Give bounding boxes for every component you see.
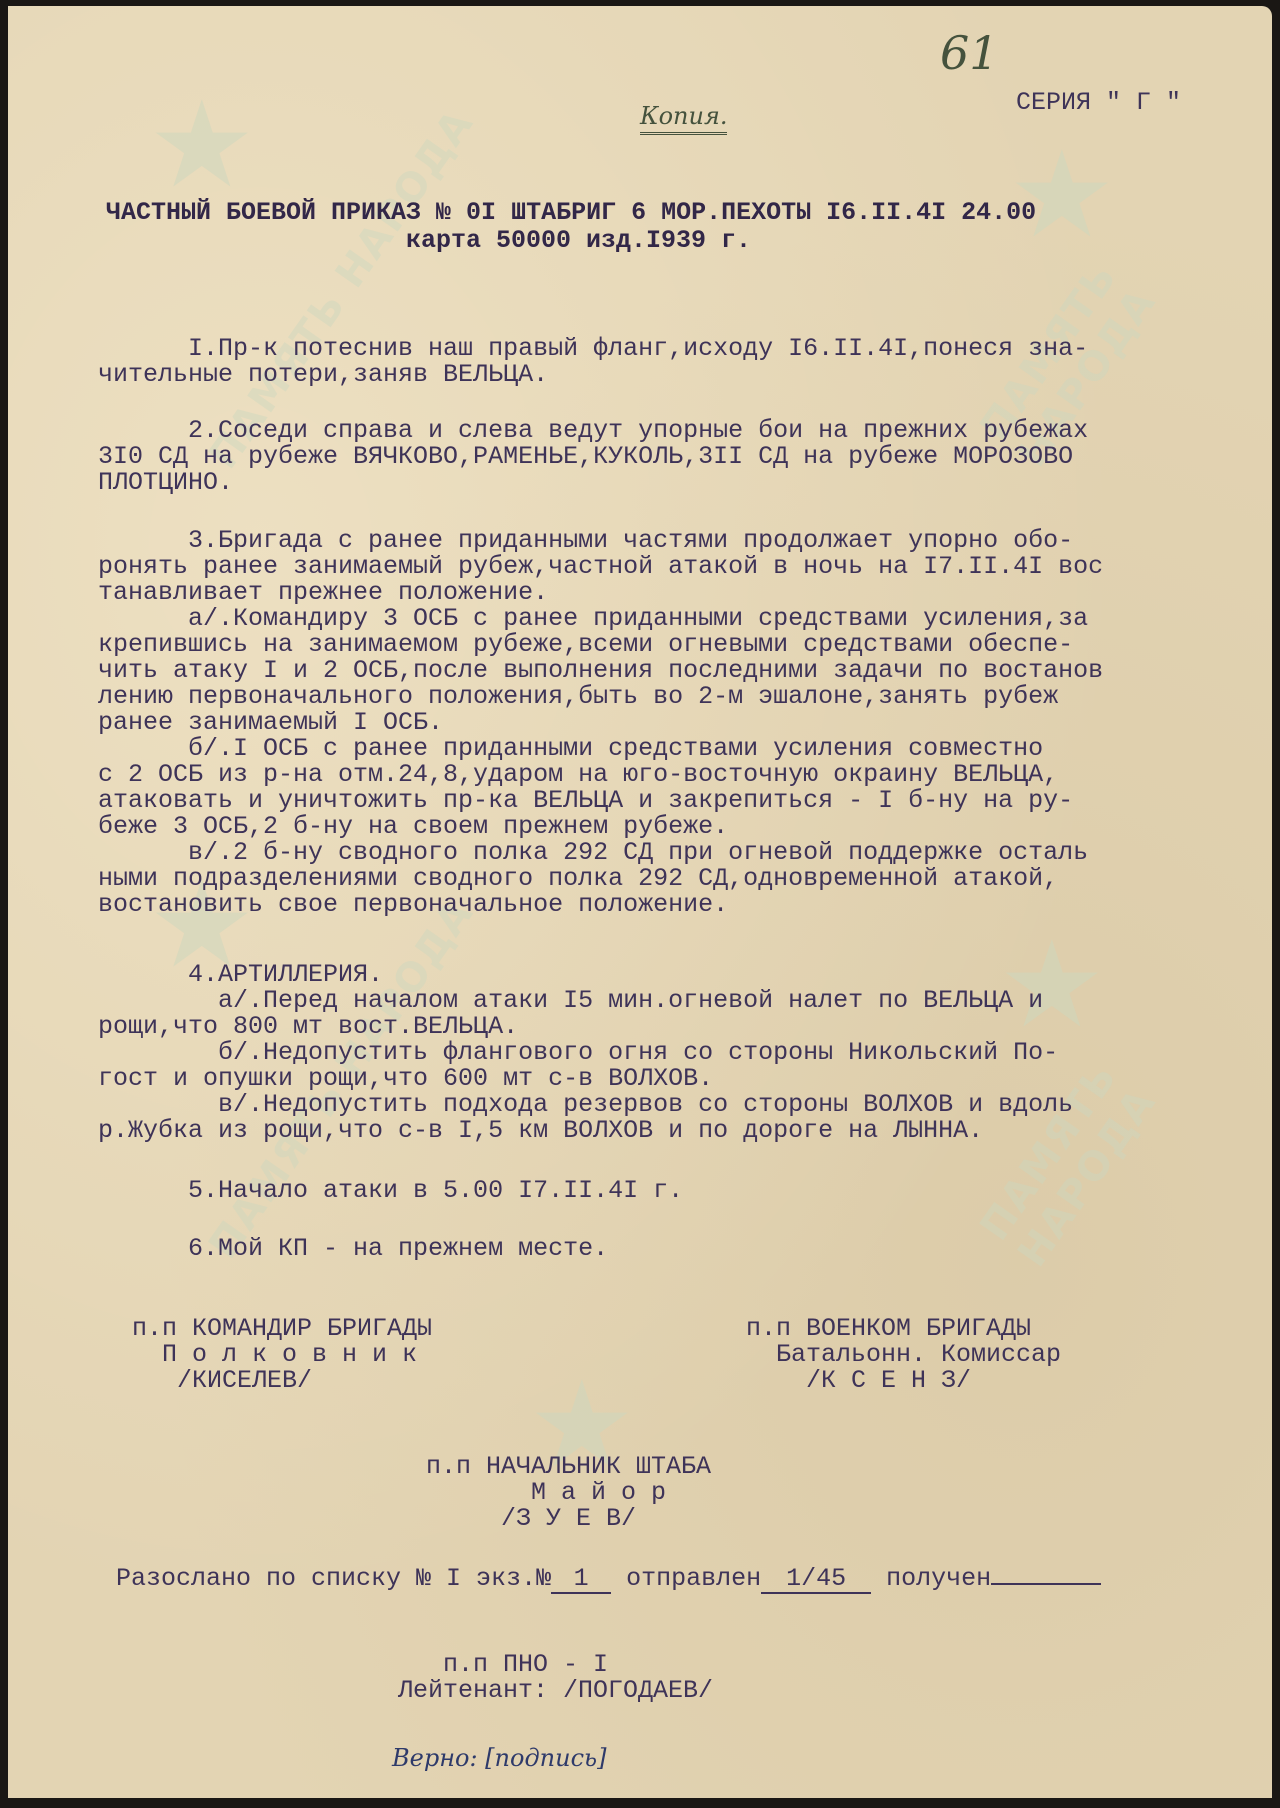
- copy-mark: Копия.: [640, 102, 727, 135]
- order-title: ЧАСТНЫЙ БОЕВОЙ ПРИКАЗ № 0I ШТАБРИГ 6 МОР…: [106, 200, 1036, 226]
- signature-chief-of-staff: п.п НАЧАЛЬНИК ШТАБА М а й о р /З У Е В/: [426, 1454, 711, 1532]
- section-2: 2.Соседи справа и слева ведут упорные бо…: [98, 418, 1088, 496]
- distribution-line: Разослано по списку № I экз.№1 отправлен…: [116, 1566, 1101, 1594]
- certification-handwritten: Верно: [подпись]: [392, 1744, 606, 1772]
- page-number-handwritten: 61: [940, 26, 999, 80]
- sent-field: 1/45: [761, 1566, 871, 1594]
- section-1: I.Пр-к потеснив наш правый фланг,исходу …: [98, 336, 1088, 388]
- order-subtitle: карта 50000 изд.I939 г.: [406, 228, 751, 254]
- section-3: 3.Бригада с ранее приданными частями про…: [98, 528, 1103, 918]
- section-6: 6.Мой КП - на прежнем месте.: [98, 1236, 608, 1262]
- star-watermark-icon: ★: [148, 86, 256, 206]
- received-field: [991, 1583, 1101, 1585]
- signature-commander: п.п КОМАНДИР БРИГАДЫ П о л к о в н и к /…: [132, 1316, 432, 1394]
- section-5: 5.Начало атаки в 5.00 I7.II.4I г.: [98, 1178, 683, 1204]
- signature-pno: п.п ПНО - I Лейтенант: /ПОГОДАЕВ/: [398, 1652, 713, 1704]
- copy-number-field: 1: [551, 1566, 611, 1594]
- document-page: ★ ПАМЯТЬ НАРОДА ★ ПАМЯТЬ НАРОДА ★ ПАМЯТЬ…: [8, 6, 1272, 1798]
- section-4-artillery: 4.АРТИЛЛЕРИЯ. а/.Перед началом атаки I5 …: [98, 962, 1073, 1144]
- series-label: СЕРИЯ " Г ": [1016, 90, 1181, 116]
- signature-commissar: п.п ВОЕНКОМ БРИГАДЫ Батальонн. Комиссар …: [746, 1316, 1061, 1394]
